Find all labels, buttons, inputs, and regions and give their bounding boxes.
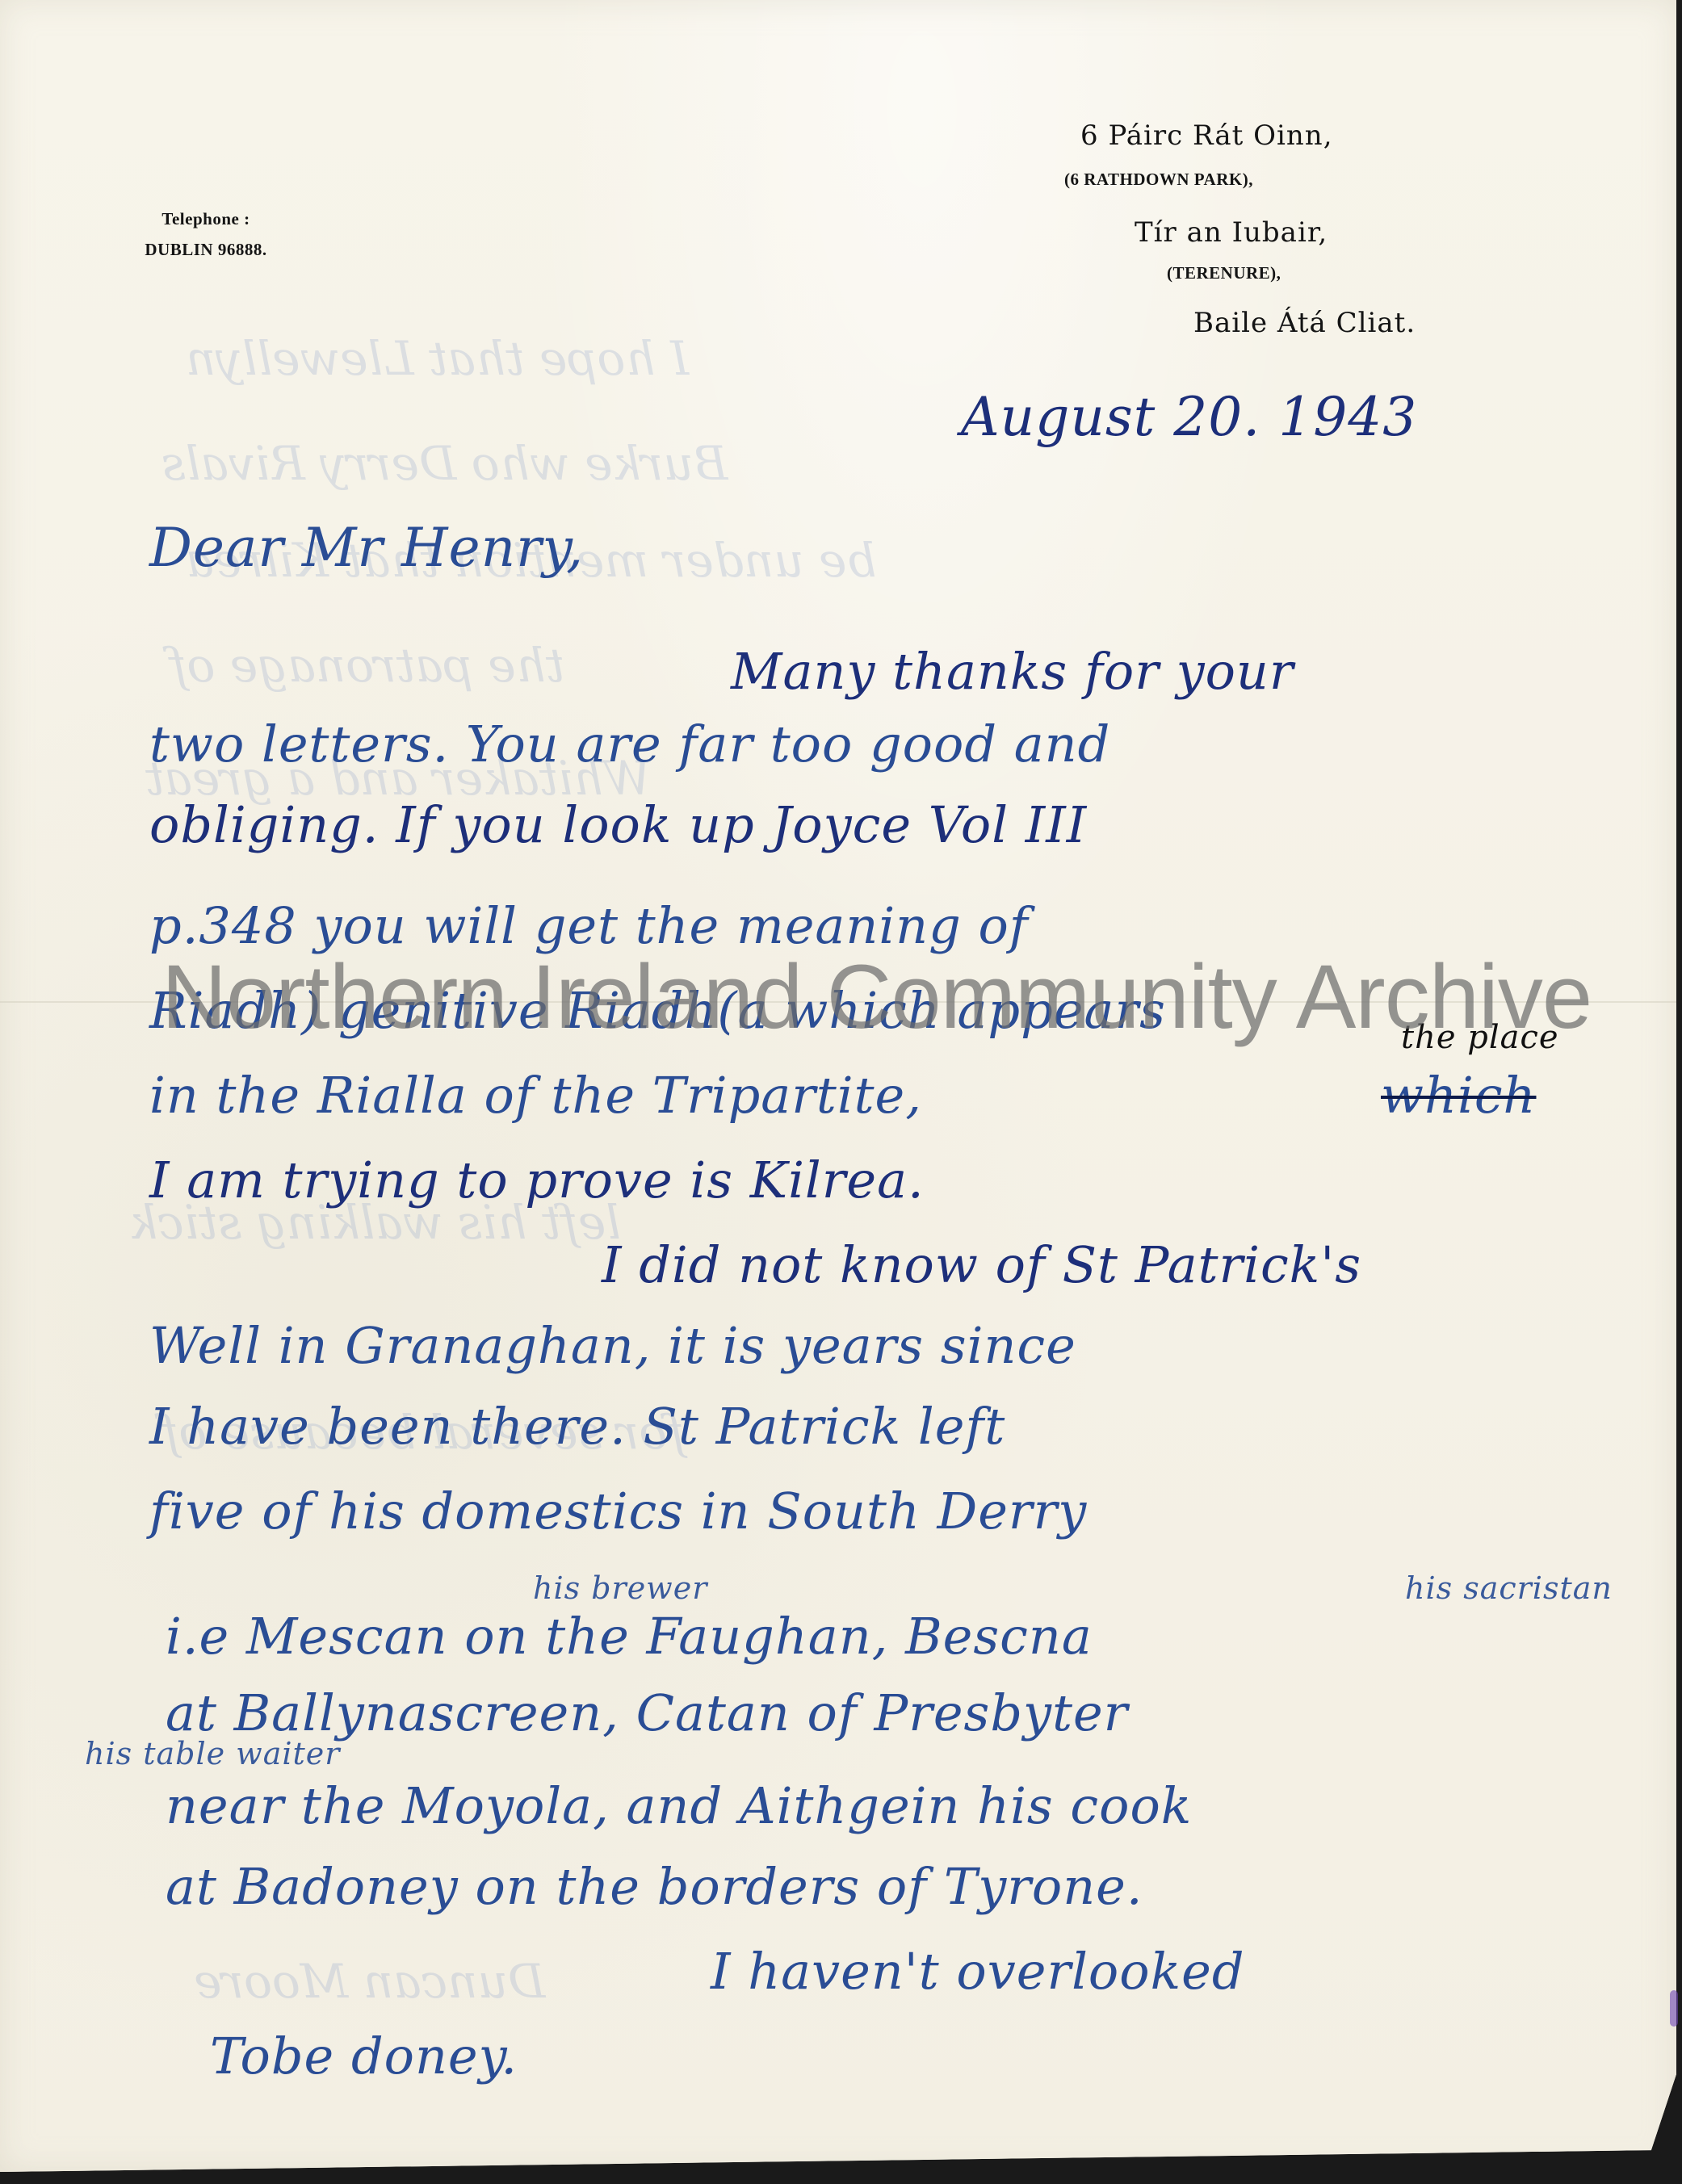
letter-line: I haven't overlooked — [711, 1942, 1245, 2001]
insertion-his-brewer: his brewer — [533, 1570, 707, 1606]
letter-line: Many thanks for your — [731, 642, 1294, 701]
letter-line: obliging. If you look up Joyce Vol III — [149, 795, 1087, 854]
telephone-label: Telephone : — [109, 203, 303, 234]
letter-line: I have been there. St Patrick left — [149, 1397, 1005, 1456]
letter-line: five of his domestics in South Derry — [149, 1482, 1087, 1541]
address-irish-district: Tír an Iubair, — [1135, 216, 1328, 249]
address-english-street: (6 RATHDOWN PARK), — [1064, 170, 1253, 190]
letter-line: at Badoney on the borders of Tyrone. — [166, 1857, 1143, 1916]
bleed-through-text: I hope that Llewellyn — [186, 331, 689, 386]
bleed-through-text: Burke who Derry Rivals — [161, 436, 728, 491]
insertion-his-table-waiter: his table waiter — [85, 1736, 340, 1771]
letter-date: August 20. 1943 — [961, 386, 1417, 448]
letter-line: Well in Granaghan, it is years since — [149, 1316, 1076, 1375]
bleed-through-text: the patronage of — [170, 638, 564, 693]
letter-line: Tobe doney. — [210, 2027, 518, 2085]
letter-salutation: Dear Mr Henry, — [149, 517, 584, 579]
letter-line: at Ballynascreen, Catan of Presbyter — [166, 1683, 1128, 1742]
bleed-through-text: Duncan Moore — [194, 1954, 545, 2009]
letter-line: i.e Mescan on the Faughan, Bescna — [166, 1607, 1093, 1666]
telephone-number: DUBLIN 96888. — [109, 234, 303, 265]
letter-line: I did not know of St Patrick's — [602, 1235, 1361, 1294]
insertion-his-sacristan: his sacristan — [1405, 1570, 1613, 1606]
ink-mark — [1670, 1990, 1678, 2027]
letter-line: I am trying to prove is Kilrea. — [149, 1151, 925, 1209]
letter-line: two letters. You are far too good and — [149, 715, 1110, 773]
struck-word: which — [1381, 1066, 1536, 1125]
address-english-district: (TERENURE), — [1167, 263, 1281, 283]
letter-line: near the Moyola, and Aithgein his cook — [166, 1776, 1192, 1835]
letter-line: in the Rialla of the Tripartite, — [149, 1066, 922, 1125]
address-irish-street: 6 Páirc Rát Oinn, — [1080, 119, 1333, 152]
telephone-block: Telephone : DUBLIN 96888. — [109, 203, 303, 265]
archive-watermark: Northern Ireland Community Archive — [161, 945, 1592, 1049]
address-irish-city: Baile Átá Cliat. — [1193, 307, 1416, 339]
